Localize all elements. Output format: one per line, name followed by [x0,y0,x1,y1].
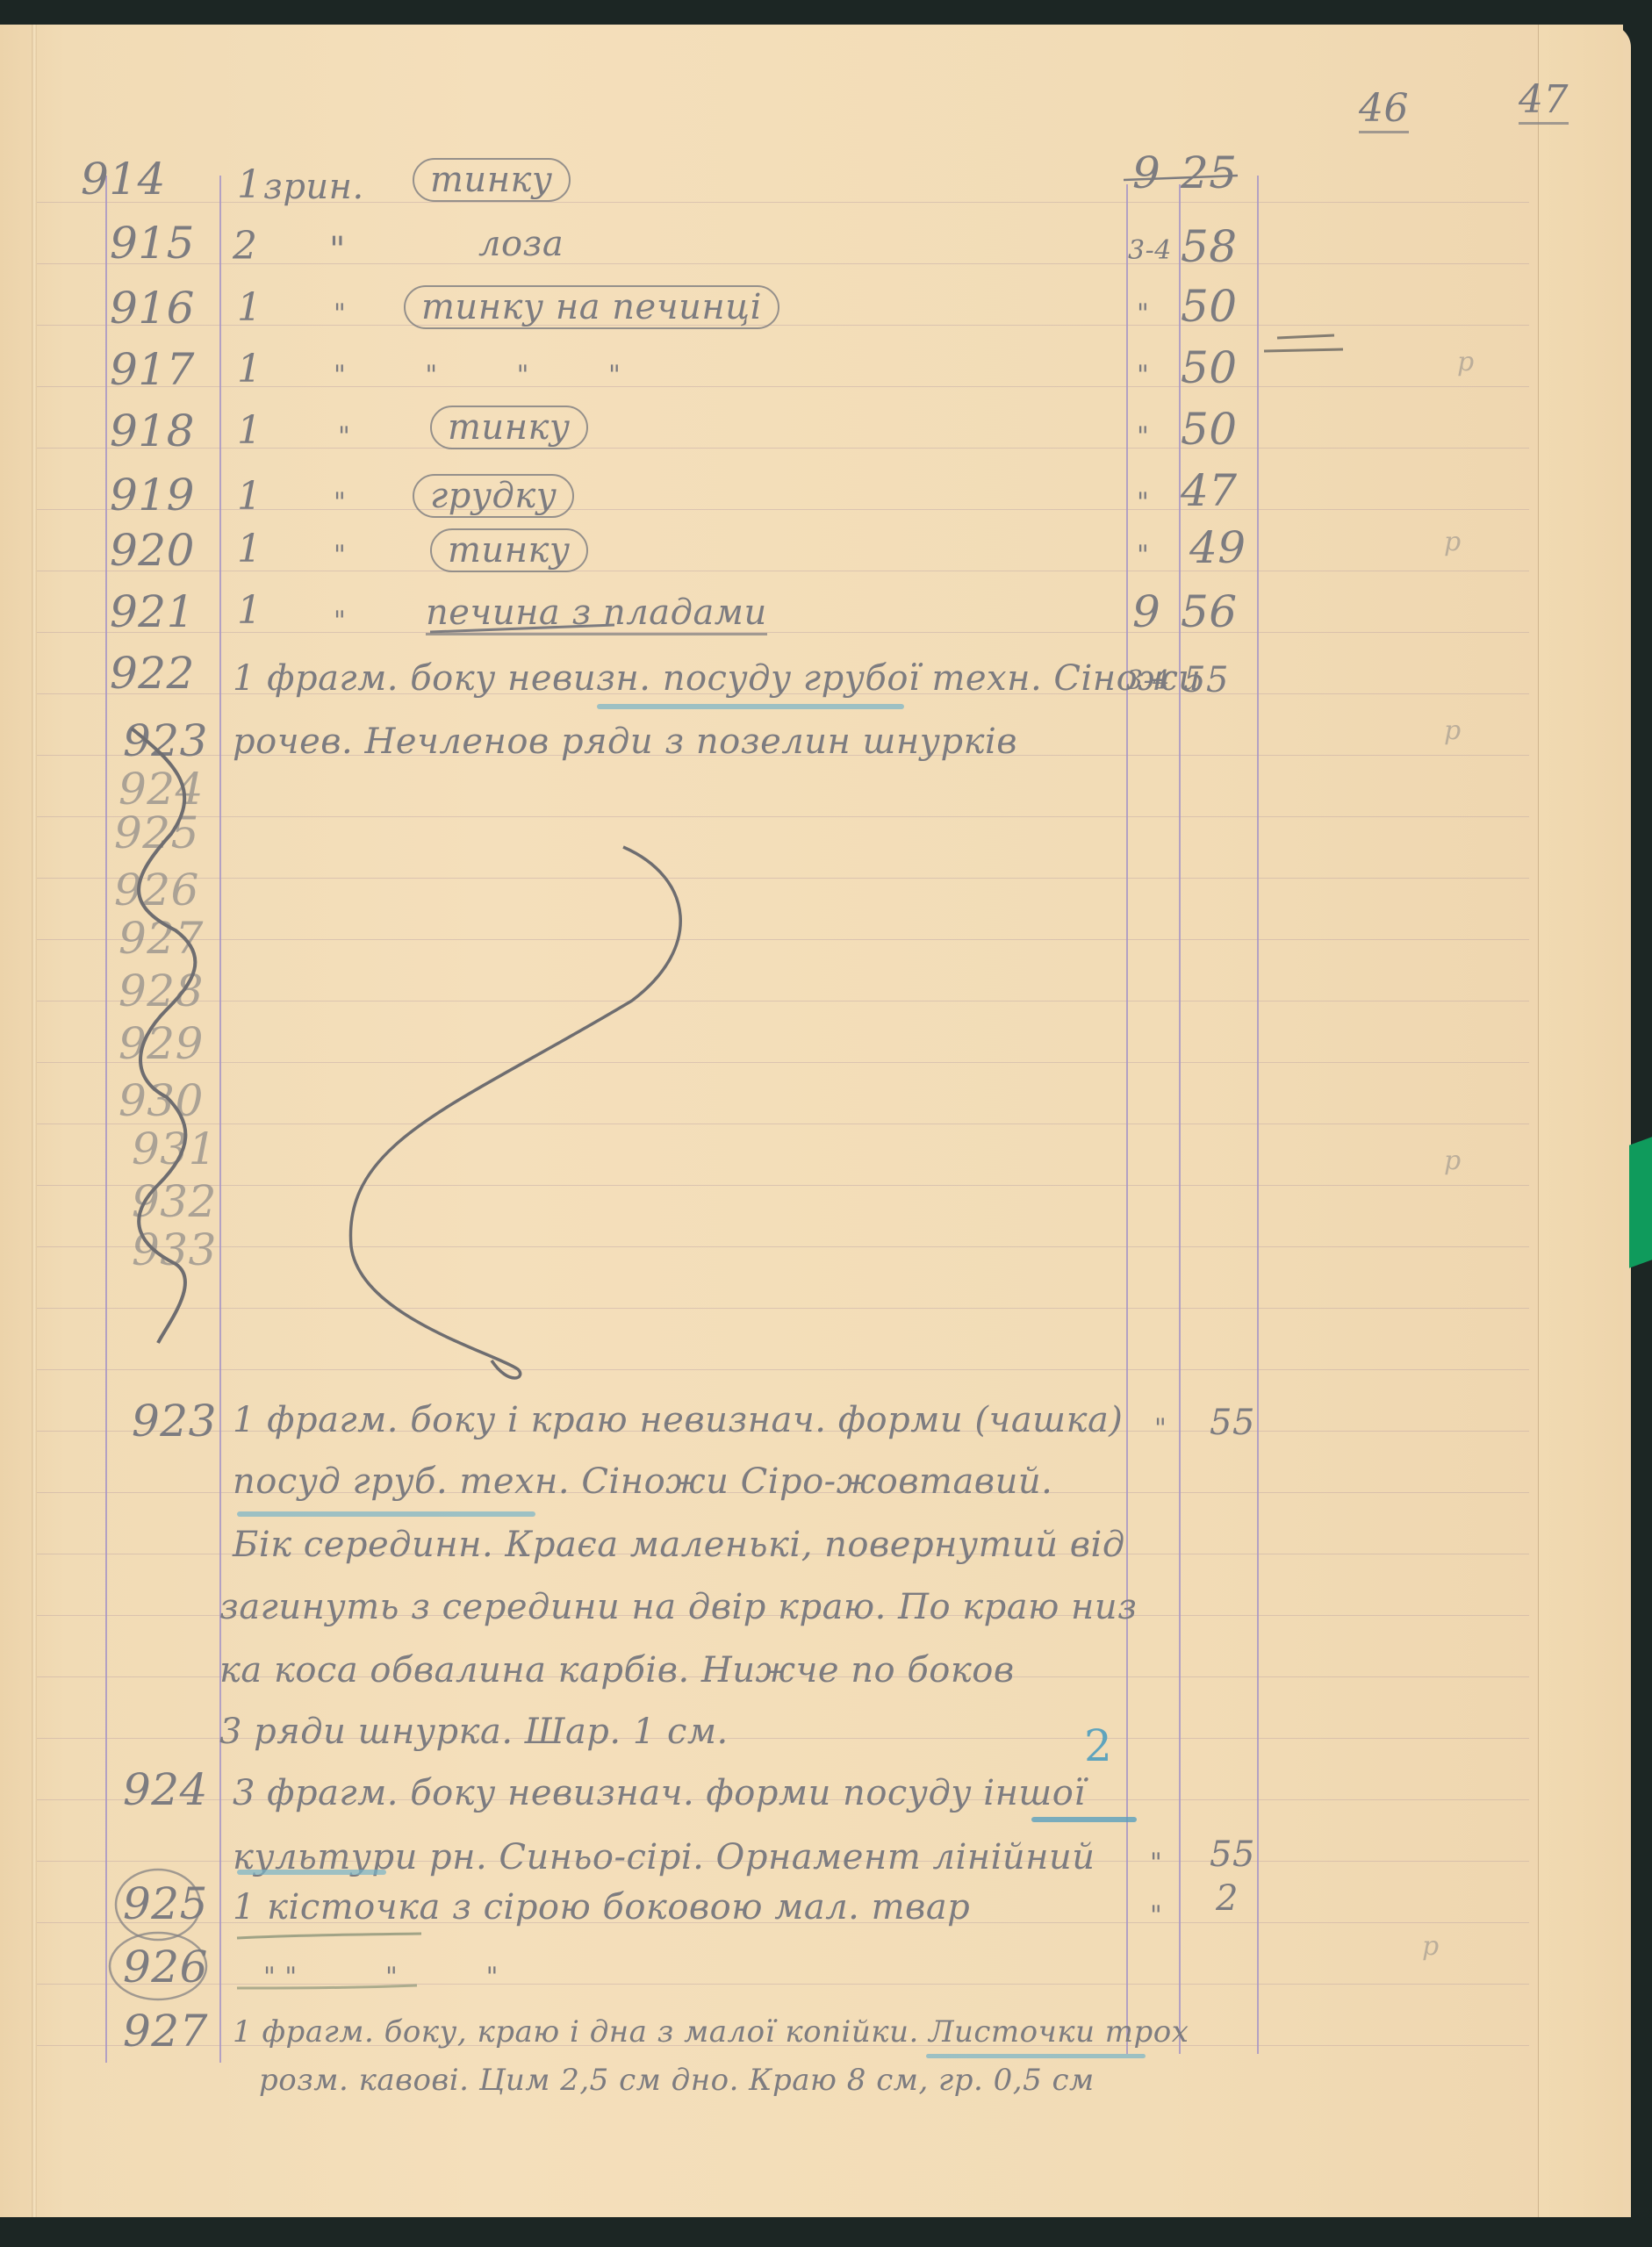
entry-line: 1 фрагм. боку, краю і дна з малої копійк… [233,2014,1189,2050]
entry-depth: 55 [1210,1834,1255,1875]
entry-layer: " [1150,1900,1162,1931]
entry-line: 3 фрагм. боку невизнач. форми посуду інш… [233,1773,1086,1813]
entry-layer: " [1150,1848,1162,1878]
entry-line: 1 фрагм. боку і краю невизнач. форми (ча… [233,1400,1123,1440]
entry-line: посуд груб. техн. Сіножи Сіро-жовтавий. [233,1461,1052,1502]
blue-underline-923 [237,1511,535,1517]
entry-line: розм. кавові. Цим 2,5 см дно. Краю 8 см,… [259,2063,1095,2098]
entry-layer: " [1154,1413,1167,1444]
entry-number: 927 [123,2006,208,2057]
entry-number: 923 [132,1396,217,1447]
entry-line: загинуть з середини на двір краю. По кра… [219,1587,1137,1627]
blue-underline-924b [237,1870,386,1875]
entry-number: 925 [123,1878,208,1929]
entry-line: " " " " [263,1962,499,1992]
entry-number: 926 [123,1942,208,1992]
entry-line: ка коса обвалина карбів. Нижче по боков [219,1650,1015,1691]
entry-depth: 55 [1210,1403,1255,1443]
entry-line: Бік серединн. Краєа маленькі, повернутий… [233,1525,1125,1565]
blue-annotation: 2 [1084,1720,1112,1771]
entry-depth: 2 [1216,1878,1239,1919]
blue-underline-927 [926,2054,1146,2058]
entry-line: 3 ряди шнурка. Шар. 1 см. [219,1712,729,1752]
blue-underline-924a [1031,1817,1137,1822]
entry-line: 1 кісточка з сірою боковою мал. твар [233,1887,970,1928]
entry-number: 924 [123,1764,208,1815]
